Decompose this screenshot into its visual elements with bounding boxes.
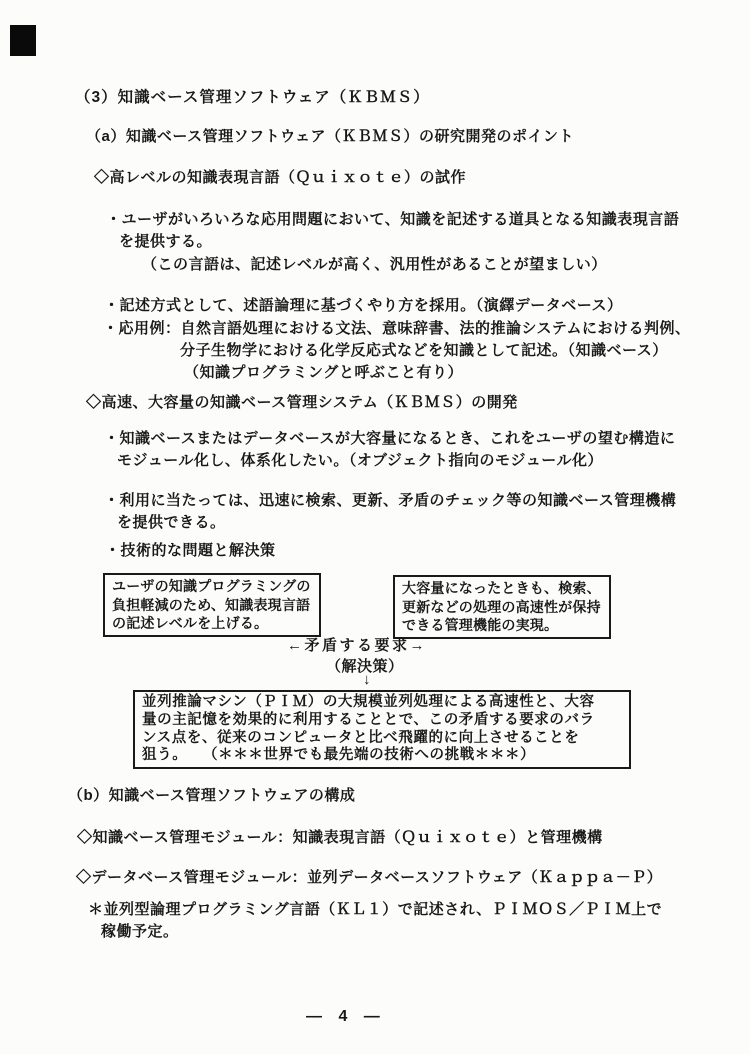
solution-box-line4: 狙う。 （＊＊＊世界でも最先端の技術への挑戦＊＊＊）: [142, 747, 622, 765]
quixote-bullet3-line2: 分子生物学における化学反応式などを知識として記述。（知識ベース）: [180, 341, 668, 361]
scan-artifact-black-square: [10, 25, 36, 56]
problem-box-left-line3: の記述レベルを上げる。: [112, 614, 312, 633]
solution-box-line2: 量の主記憶を効果的に利用することとで、この矛盾する要求のバラ: [142, 712, 622, 730]
quixote-bullet1-line3: （この言語は、記述レベルが高く、汎用性があることが望ましい）: [142, 255, 607, 275]
kbms-bullet3: ・技術的な問題と解決策: [105, 541, 276, 561]
page-number: ― 4 ―: [306, 1007, 386, 1028]
footnote-line2: 稼働予定。: [101, 922, 179, 942]
kbms-topic-heading: ◇高速、大容量の知識ベース管理システム（ＫＢＭＳ）の開発: [86, 393, 518, 413]
conflicting-demands-label: ←矛盾する要求→: [287, 636, 427, 656]
problem-box-left-line2: 負担軽減のため、知識表現言語: [112, 596, 312, 615]
section-a-heading: （a）知識ベース管理ソフトウェア（ＫＢＭＳ）の研究開発のポイント: [86, 127, 574, 147]
problem-box-right-line3: できる管理機能の実現。: [402, 616, 602, 635]
solution-box: 並列推論マシン（ＰＩＭ）の大規模並列処理による高速性と、大容 量の主記憶を効果的…: [133, 690, 631, 769]
db-module-line: ◇データベース管理モジュール：並列データベースソフトウェア（Ｋａｐｐａ－Ｐ）: [76, 868, 662, 888]
down-arrow-icon: ↓: [363, 670, 371, 690]
solution-box-line3: ンス点を、従来のコンピュータと比べ飛躍的に向上させることを: [142, 730, 622, 748]
solution-box-line1: 並列推論マシン（ＰＩＭ）の大規模並列処理による高速性と、大容: [142, 694, 622, 712]
problem-box-left-line1: ユーザの知識プログラミングの: [112, 577, 312, 596]
section-b-heading: （b）知識ベース管理ソフトウェアの構成: [68, 786, 355, 806]
kbms-bullet2-line2: を提供できる。: [117, 513, 226, 533]
footnote-line1: ＊並列型論理プログラミング言語（ＫＬ１）で記述され、ＰＩＭＯＳ／ＰＩＭ上で: [88, 900, 662, 920]
scanned-document-page: （3）知識ベース管理ソフトウェア（ＫＢＭＳ） （a）知識ベース管理ソフトウェア（…: [0, 0, 750, 1054]
kbms-bullet2-line1: ・利用に当たっては、迅速に検索、更新、矛盾のチェック等の知識ベース管理機構: [104, 491, 676, 511]
quixote-bullet3-line1: ・応用例：自然言語処理における文法、意味辞書、法的推論システムにおける判例、: [103, 319, 691, 339]
page-title: （3）知識ベース管理ソフトウェア（ＫＢＭＳ）: [75, 88, 430, 108]
kbms-bullet1-line2: モジュール化し、体系化したい。（オブジェクト指向のモジュール化）: [117, 451, 603, 471]
problem-box-right: 大容量になったときも、検索、 更新などの処理の高速性が保持 できる管理機能の実現…: [393, 575, 611, 639]
quixote-bullet1-line1: ・ユーザがいろいろな応用問題において、知識を記述する道具となる知識表現言語: [106, 210, 679, 230]
quixote-topic-heading: ◇高レベルの知識表現言語（Ｑｕｉｘｏｔｅ）の試作: [94, 168, 466, 188]
quixote-bullet2: ・記述方式として、述語論理に基づくやり方を採用。（演繹データベース）: [104, 296, 622, 316]
kb-module-line: ◇知識ベース管理モジュール：知識表現言語（Ｑｕｉｘｏｔｅ）と管理機構: [77, 828, 603, 848]
problem-box-right-line1: 大容量になったときも、検索、: [402, 579, 602, 598]
quixote-bullet1-line2: を提供する。: [119, 232, 212, 252]
quixote-bullet3-line3: （知識プログラミングと呼ぶこと有り）: [184, 363, 463, 383]
kbms-bullet1-line1: ・知識ベースまたはデータベースが大容量になるとき、これをユーザの望む構造に: [104, 429, 675, 449]
problem-box-left: ユーザの知識プログラミングの 負担軽減のため、知識表現言語 の記述レベルを上げる…: [103, 573, 321, 637]
problem-box-right-line2: 更新などの処理の高速性が保持: [402, 598, 602, 617]
